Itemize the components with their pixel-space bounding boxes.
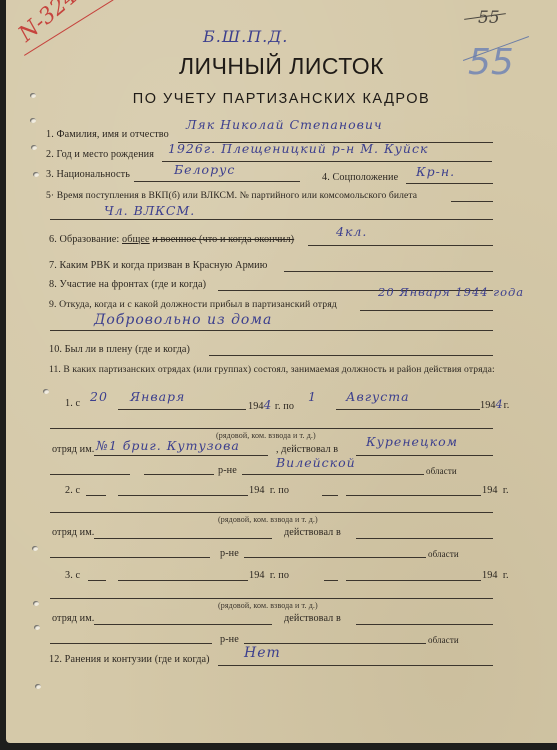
field-12-value[interactable]: Нет	[244, 645, 281, 661]
document-page: N-324 Б.Ш.П.Д. 55 55 ЛИЧНЫЙ ЛИСТОК ПО УЧ…	[6, 0, 557, 743]
detachment-2-position-hint: (рядовой, ком. взвода и т. д.)	[218, 515, 318, 524]
detachment-3-position-line	[50, 598, 493, 599]
detachment-1-oblast-label: области	[426, 466, 457, 476]
field-2-label: 2. Год и место рождения	[46, 149, 154, 160]
punch-hole	[34, 625, 40, 630]
detachment-2-oblast-label: области	[428, 549, 459, 559]
year-prefix: 194	[482, 485, 498, 496]
detachment-3-month-from-line[interactable]	[118, 580, 248, 581]
detachment-1-month-from[interactable]: Января	[130, 389, 185, 404]
detachment-1-otryad-label: отряд им.	[52, 444, 94, 455]
detachment-3-num: 3. с	[65, 570, 80, 581]
field-6-line	[308, 245, 493, 246]
g-po-label: г. по	[270, 485, 289, 496]
year-prefix: 194	[482, 570, 498, 581]
detachment-2-month-from-line[interactable]	[118, 495, 248, 496]
field-3-line	[134, 181, 300, 182]
field-6-label-underlined: общее	[122, 234, 150, 245]
page-subtitle: ПО УЧЕТУ ПАРТИЗАНСКИХ КАДРОВ	[6, 91, 557, 107]
field-6-value[interactable]: 4кл.	[336, 224, 367, 239]
detachment-1-month-from-line	[118, 409, 246, 410]
detachment-2-otryad-label: отряд им.	[52, 527, 94, 538]
detachment-1-year-to: 1944г.	[480, 398, 509, 411]
detachment-2-rne-label: р-не	[220, 548, 239, 559]
detachment-2-num: 2. с	[65, 485, 80, 496]
punch-hole	[33, 172, 39, 177]
detachment-3-month-to-line[interactable]	[346, 580, 481, 581]
detachment-1-month-to[interactable]: Августа	[346, 389, 410, 404]
punch-hole	[35, 684, 41, 689]
field-5-value[interactable]: Чл. ВЛКСМ.	[104, 203, 195, 218]
detachment-2-day-from-line[interactable]	[86, 495, 106, 496]
detachment-2-position-line	[50, 512, 493, 513]
detachment-1-oblast-line	[242, 474, 424, 475]
punch-hole	[32, 546, 38, 551]
detachment-2-year-to: 194 г.	[482, 485, 509, 496]
top-handwritten-note: Б.Ш.П.Д.	[203, 27, 288, 46]
detachment-3-rne-label: р-не	[220, 634, 239, 645]
detachment-3-otryad-line[interactable]	[94, 624, 272, 625]
detachment-3-acted-label: действовал в	[284, 613, 341, 624]
detachment-2-district-line[interactable]	[50, 557, 210, 558]
field-7-line	[284, 271, 493, 272]
detachment-1-acted-label: , действовал в	[276, 444, 338, 455]
field-10-line	[209, 355, 493, 356]
detachment-1-otryad-line	[94, 455, 268, 456]
page-number-ink: 55	[478, 8, 500, 28]
field-6-label-prefix: 6. Образование:	[49, 234, 119, 245]
detachment-3-district-line[interactable]	[50, 643, 212, 644]
punch-hole	[31, 145, 37, 150]
year-prefix: 194	[249, 485, 265, 496]
detachment-1-day-to[interactable]: 1	[308, 389, 317, 404]
field-12-line	[218, 665, 493, 666]
field-9-line-b	[50, 330, 493, 331]
g-label: г.	[504, 400, 510, 411]
detachment-3-acted-line[interactable]	[356, 624, 493, 625]
field-9-line-a	[360, 310, 493, 311]
year-prefix: 194	[249, 570, 265, 581]
field-8-label: 8. Участие на фронтах (где и когда)	[49, 279, 206, 290]
field-2-value[interactable]: 1926г. Плещеницкий р-н М. Куйск	[168, 141, 428, 156]
g-po-label: г. по	[275, 401, 294, 412]
detachment-1-day-from[interactable]: 20	[90, 389, 108, 404]
detachment-3-day-from-line[interactable]	[88, 580, 106, 581]
detachment-1-otryad-value[interactable]: №1 бриг. Кутузова	[96, 438, 240, 453]
year-prefix: 194	[248, 401, 264, 412]
punch-hole	[43, 389, 49, 394]
detachment-2-acted-line[interactable]	[356, 538, 493, 539]
g-label: г.	[503, 570, 509, 581]
g-label: г.	[503, 485, 509, 496]
field-9-date-value[interactable]: 20 Января 1944 года	[378, 285, 524, 299]
detachment-1-district-line-a	[50, 474, 130, 475]
detachment-3-oblast-label: области	[428, 635, 459, 645]
detachment-3-otryad-label: отряд им.	[52, 613, 94, 624]
detachment-1-num: 1. с	[65, 398, 80, 409]
g-po-label: г. по	[270, 570, 289, 581]
punch-hole	[30, 118, 36, 123]
field-10-label: 10. Был ли в плену (где и когда)	[49, 344, 190, 355]
year-suffix[interactable]: 4	[264, 398, 273, 412]
field-5-line-a	[451, 201, 493, 202]
detachment-1-acted-line	[356, 455, 493, 456]
field-1-value[interactable]: Ляк Николай Степанович	[186, 117, 383, 132]
detachment-1-year-from: 1944 г. по	[248, 398, 294, 412]
detachment-3-year-to: 194 г.	[482, 570, 509, 581]
field-9-value[interactable]: Добровольно из дома	[94, 312, 272, 328]
detachment-1-acted-value[interactable]: Куренецком	[366, 434, 458, 449]
field-4-value[interactable]: Кр-н.	[416, 164, 455, 179]
page-title: ЛИЧНЫЙ ЛИСТОК	[6, 53, 557, 80]
field-6-label-struck: и военное (что и когда окончил)	[152, 234, 294, 245]
detachment-2-month-to-line[interactable]	[346, 495, 481, 496]
field-4-label: 4. Соцположение	[322, 172, 398, 183]
year-prefix: 194	[480, 400, 496, 411]
detachment-1-month-to-line	[336, 409, 480, 410]
detachment-3-position-hint: (рядовой, ком. взвода и т. д.)	[218, 601, 318, 610]
detachment-1-district-line-b	[144, 474, 214, 475]
punch-hole	[33, 601, 39, 606]
detachment-1-position-line	[50, 428, 493, 429]
field-3-label: 3. Национальность	[46, 169, 130, 180]
field-7-label: 7. Каким РВК и когда призван в Красную А…	[49, 260, 267, 271]
detachment-3-year-from: 194 г. по	[249, 570, 289, 581]
field-3-value[interactable]: Белорус	[174, 162, 235, 177]
field-1-label: 1. Фамилия, имя и отчество	[46, 129, 169, 140]
field-12-label: 12. Ранения и контузии (где и когда)	[49, 654, 210, 665]
year-suffix[interactable]: 4	[496, 398, 504, 411]
field-5-label: 5· Время поступления в ВКП(б) или ВЛКСМ.…	[46, 190, 417, 201]
detachment-2-acted-label: действовал в	[284, 527, 341, 538]
detachment-2-day-to-line[interactable]	[322, 495, 338, 496]
detachment-1-rne-label: р-не	[218, 465, 237, 476]
detachment-3-oblast-line[interactable]	[244, 643, 426, 644]
detachment-2-otryad-line[interactable]	[94, 538, 272, 539]
field-5-line-b	[50, 219, 493, 220]
field-4-line	[406, 183, 493, 184]
detachment-1-oblast-value[interactable]: Вилейской	[276, 455, 356, 470]
field-9-label: 9. Откуда, когда и с какой должности при…	[49, 299, 337, 310]
field-11-label: 11. В каких партизанских отрядах (или гр…	[49, 364, 495, 375]
detachment-2-oblast-line[interactable]	[244, 557, 426, 558]
detachment-2-year-from: 194 г. по	[249, 485, 289, 496]
field-6-label: 6. Образование: общее и военное (что и к…	[49, 234, 294, 245]
detachment-3-day-to-line[interactable]	[324, 580, 338, 581]
